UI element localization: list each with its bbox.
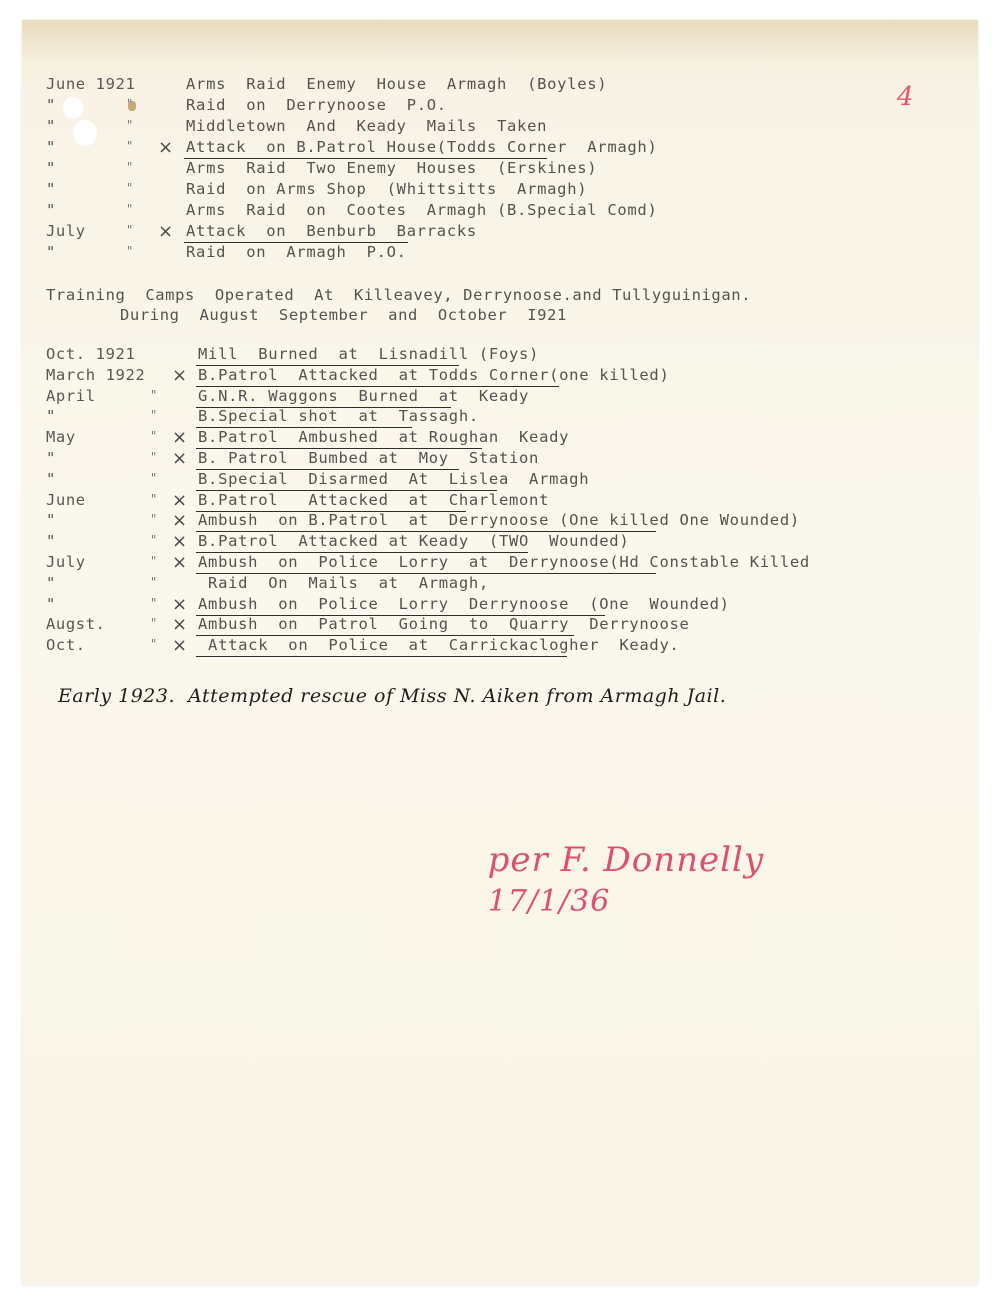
check-x-icon: × <box>158 223 173 241</box>
entry-date: " <box>46 243 56 261</box>
check-x-icon: × <box>172 637 187 655</box>
entry-date: June <box>46 491 86 509</box>
entry-date: April <box>46 387 96 405</box>
entry-text: Middletown And Keady Mails Taken <box>186 117 547 135</box>
entry-text: Ambush on B.Patrol at Derrynoose (One ki… <box>198 511 800 529</box>
entry-text: Arms Raid Enemy House Armagh (Boyles) <box>186 75 607 93</box>
entry-text: G.N.R. Waggons Burned at Keady <box>198 387 529 405</box>
check-x-icon: × <box>172 492 187 510</box>
ditto-mark: " <box>150 388 157 402</box>
entry-text: Attack on Benburb Barracks <box>186 222 477 240</box>
training-camps-line-1: Training Camps Operated At Killeavey, De… <box>46 286 751 304</box>
entry-date: Augst. <box>46 615 106 633</box>
entry-date: May <box>46 428 76 446</box>
entry-date: " <box>46 449 56 467</box>
entry-date: " <box>46 201 56 219</box>
ditto-mark: " <box>126 139 133 153</box>
entry-date: " <box>46 159 56 177</box>
entry-date: July <box>46 553 86 571</box>
entry-text: B.Patrol Attacked at Charlemont <box>198 491 549 509</box>
entry-text: B. Patrol Bumbed at Moy Station <box>198 449 539 467</box>
ditto-mark: " <box>150 533 157 547</box>
punch-hole <box>73 120 97 146</box>
ditto-mark: " <box>150 492 157 506</box>
check-x-icon: × <box>172 512 187 530</box>
ditto-mark: " <box>126 160 133 174</box>
ditto-mark: " <box>126 118 133 132</box>
check-x-icon: × <box>172 554 187 572</box>
signature-name: per F. Donnelly <box>488 840 764 880</box>
entry-text: Ambush on Police Lorry at Derrynoose(Hd … <box>198 553 810 571</box>
handwritten-note: Early 1923. Attempted rescue of Miss N. … <box>58 685 726 707</box>
page-number: 4 <box>897 82 914 112</box>
entry-text: B.Patrol Attacked at Todds Corner(one ki… <box>198 366 670 384</box>
entry-date: March 1922 <box>46 366 145 384</box>
ditto-mark: " <box>126 223 133 237</box>
ditto-mark: " <box>150 554 157 568</box>
entry-date: Oct. <box>46 636 86 654</box>
punch-hole <box>63 97 83 119</box>
check-x-icon: × <box>172 450 187 468</box>
entry-date: Oct. 1921 <box>46 345 135 363</box>
signature: per F. Donnelly 17/1/36 <box>464 800 764 920</box>
entry-text: Mill Burned at Lisnadill (Foys) <box>198 345 539 363</box>
entry-date: " <box>46 138 56 156</box>
ditto-mark: " <box>126 181 133 195</box>
entry-text: Arms Raid on Cootes Armagh (B.Special Co… <box>186 201 658 219</box>
entry-text: Attack on Police at Carrickaclogher Kead… <box>198 636 680 654</box>
entry-text: Raid on Derrynoose P.O. <box>186 96 447 114</box>
ditto-mark: " <box>126 97 133 111</box>
entry-date: " <box>46 407 56 425</box>
entry-text: B.Patrol Attacked at Keady (TWO Wounded) <box>198 532 629 550</box>
ditto-mark: " <box>150 596 157 610</box>
entry-text: B.Special Disarmed At Lislea Armagh <box>198 470 589 488</box>
check-x-icon: × <box>172 596 187 614</box>
entry-text: Raid On Mails at Armagh, <box>198 574 489 592</box>
check-x-icon: × <box>172 367 187 385</box>
check-x-icon: × <box>172 616 187 634</box>
ditto-mark: " <box>150 450 157 464</box>
pencil-underline <box>196 656 567 657</box>
entry-text: Arms Raid Two Enemy Houses (Erskines) <box>186 159 597 177</box>
ditto-mark: " <box>126 202 133 216</box>
entry-date: " <box>46 96 56 114</box>
entry-text: Raid on Armagh P.O. <box>186 243 407 261</box>
entry-date: " <box>46 117 56 135</box>
entry-date: July <box>46 222 86 240</box>
ditto-mark: " <box>150 637 157 651</box>
signature-date: 17/1/36 <box>488 884 611 919</box>
ditto-mark: " <box>150 429 157 443</box>
entry-text: Ambush on Patrol Going to Quarry Derryno… <box>198 615 690 633</box>
entry-text: Attack on B.Patrol House(Todds Corner Ar… <box>186 138 658 156</box>
entry-date: " <box>46 470 56 488</box>
check-x-icon: × <box>158 139 173 157</box>
entry-date: " <box>46 574 56 592</box>
entry-date: " <box>46 532 56 550</box>
ditto-mark: " <box>150 471 157 485</box>
ditto-mark: " <box>150 512 157 526</box>
entry-date: June 1921 <box>46 75 135 93</box>
ditto-mark: " <box>150 616 157 630</box>
training-camps-line-2: During August September and October I921 <box>120 306 567 324</box>
entry-text: Ambush on Police Lorry Derrynoose (One W… <box>198 595 730 613</box>
ditto-mark: " <box>150 575 157 589</box>
ditto-mark: " <box>150 408 157 422</box>
ditto-mark: " <box>126 244 133 258</box>
entry-date: " <box>46 511 56 529</box>
entry-text: B.Patrol Ambushed at Roughan Keady <box>198 428 569 446</box>
check-x-icon: × <box>172 533 187 551</box>
entry-text: Raid on Arms Shop (Whittsitts Armagh) <box>186 180 587 198</box>
entry-date: " <box>46 595 56 613</box>
entry-date: " <box>46 180 56 198</box>
entry-text: B.Special shot at Tassagh. <box>198 407 479 425</box>
check-x-icon: × <box>172 429 187 447</box>
